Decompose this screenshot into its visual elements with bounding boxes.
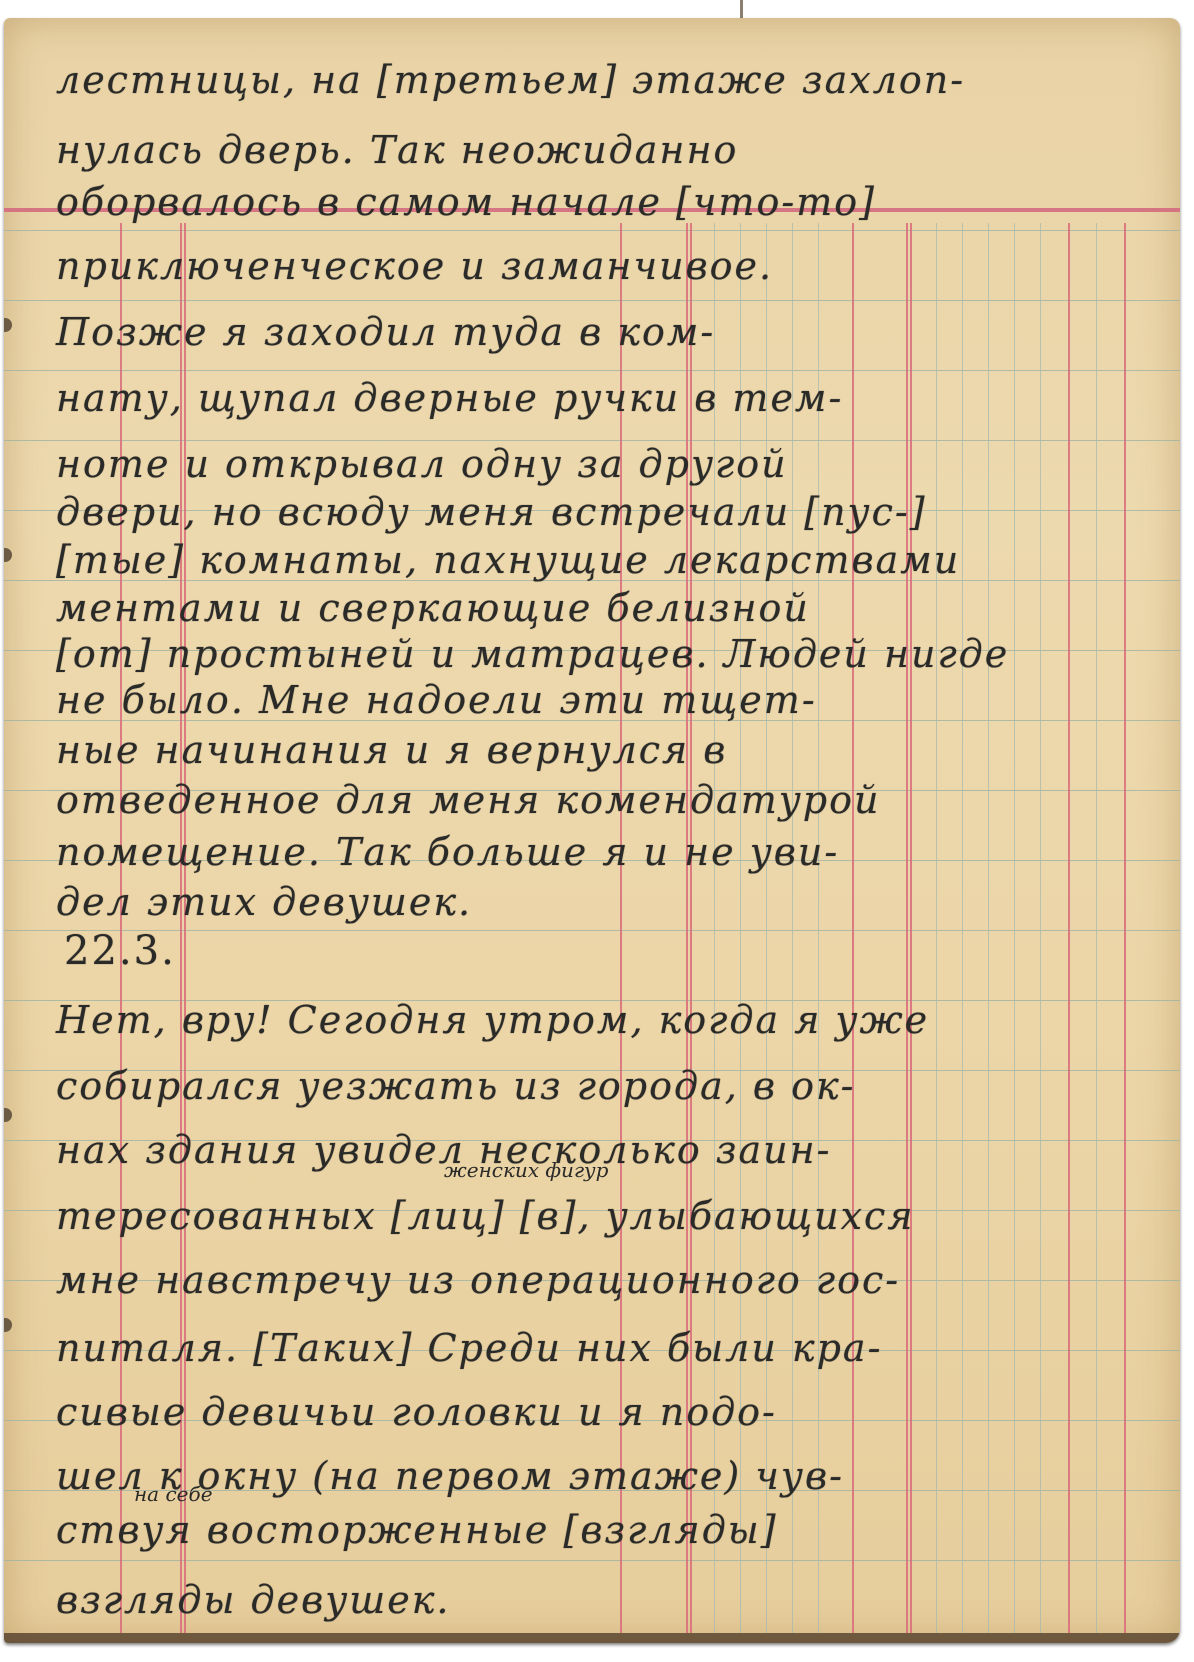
insertion-above: женских фигур	[444, 1158, 608, 1182]
text-line: отведенное для меня комендатурой	[56, 778, 1150, 822]
entry-date: 22.3.	[64, 928, 1150, 974]
text-line: тересованных [лиц] [в], улыбающихся	[56, 1194, 1150, 1238]
notebook-page: лестницы, на [третьем] этаже захлоп- нул…	[4, 18, 1180, 1643]
text-line: нату, щупал дверные ручки в тем-	[56, 376, 1150, 420]
text-line: ствуя восторженные [взгляды]	[56, 1508, 1150, 1552]
text-line: питаля. [Таких] Среди них были кра-	[56, 1326, 1150, 1370]
text-line: нулась дверь. Так неожиданно	[56, 128, 1150, 172]
text-line: шел к окну (на первом этаже) чув-	[56, 1454, 1150, 1498]
text-line: приключенческое и заманчивое.	[56, 244, 1150, 288]
text-line: сивые девичьи головки и я подо-	[56, 1390, 1150, 1434]
handwritten-text: лестницы, на [третьем] этаже захлоп- нул…	[4, 18, 1180, 1643]
insertion-above: на себе	[134, 1482, 213, 1506]
text-line: Нет, вру! Сегодня утром, когда я уже	[56, 998, 1150, 1042]
text-line: Позже я заходил туда в ком-	[56, 310, 1150, 354]
text-line: ментами и сверкающие белизной	[56, 586, 1150, 630]
text-line: мне навстречу из операционного гос-	[56, 1258, 1150, 1302]
text-line: не было. Мне надоели эти тщет-	[56, 678, 1150, 722]
text-line: ные начинания и я вернулся в	[56, 728, 1150, 772]
text-line: [от] простыней и матрацев. Людей нигде	[56, 632, 1150, 676]
text-line: оборвалось в самом начале [что-то]	[56, 180, 1150, 224]
text-line: помещение. Так больше я и не уви-	[56, 830, 1150, 874]
text-line: двери, но всюду меня встречали [пус-]	[56, 490, 1150, 534]
text-line: собирался уезжать из города, в ок-	[56, 1064, 1150, 1108]
text-line: ноте и открывал одну за другой	[56, 442, 1150, 486]
text-line: дел этих девушек.	[56, 880, 1150, 924]
text-line: взгляды девушек.	[56, 1578, 1150, 1622]
text-line: лестницы, на [третьем] этаже захлоп-	[56, 58, 1150, 102]
text-line: [тые] комнаты, пахнущие лекарствами	[56, 538, 1150, 582]
